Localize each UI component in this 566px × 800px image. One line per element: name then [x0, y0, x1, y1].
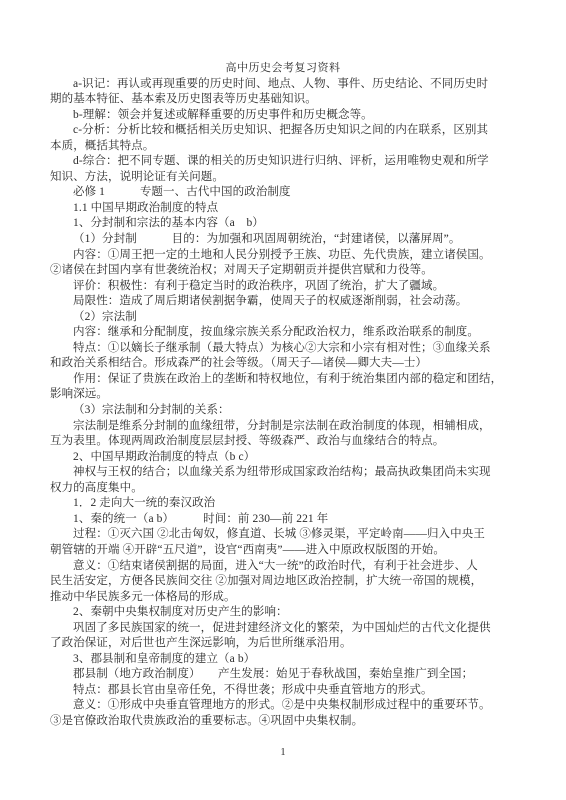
text-line: （3）宗法制和分封制的关系： [50, 403, 516, 419]
text-line: 影响深远。 [50, 387, 516, 403]
text-line: 民生活安定，方便各民族间交往 ②加强对周边地区政治控制，扩大统一帝国的规模， [50, 574, 516, 590]
text-line: 3、郡县制和皇帝制度的建立（a b） [50, 652, 516, 668]
text-line: a-识记：再认或再现重要的历史时间、地点、人物、事件、历史结论、不同历史时 [50, 77, 516, 93]
text-line: 朝管辖的开端 ④开辟“五尺道”，设官“西南夷”——进入中原政权版图的开始。 [50, 543, 516, 559]
text-line: 1、分封制和宗法的基本内容（a b） [50, 216, 516, 232]
text-line: 巩固了多民族国家的统一，促进封建经济文化的繁荣，为中国灿烂的古代文化提供 [50, 621, 516, 637]
text-line: 郡县制（地方政治制度） 产生发展：始见于春秋战国，秦始皇推广到全国； [50, 667, 516, 683]
text-line: 过程：①灭六国 ②北击匈奴，修直道、长城 ③修灵渠，平定岭南——归入中央王 [50, 527, 516, 543]
text-line: 内容：继承和分配制度，按血缘宗族关系分配政治权力，维系政治联系的制度。 [50, 325, 516, 341]
text-line: 2、秦朝中央集权制度对历史产生的影响： [50, 605, 516, 621]
text-line: 特点：郡县长官由皇帝任免，不得世袭；形成中央垂直管地方的形式。 [50, 683, 516, 699]
text-line: 本质，概括其特点。 [50, 139, 516, 155]
text-line: 意义：①结束诸侯割据的局面，进入“大一统”的政治时代，有利于社会进步、人 [50, 559, 516, 575]
document-page: 高中历史会考复习资料 a-识记：再认或再现重要的历史时间、地点、人物、事件、历史… [0, 0, 566, 800]
document-title: 高中历史会考复习资料 [50, 61, 516, 77]
document-content: 高中历史会考复习资料 a-识记：再认或再现重要的历史时间、地点、人物、事件、历史… [50, 61, 516, 730]
text-line: 知识、方法，说明论证有关问题。 [50, 170, 516, 186]
text-line: d-综合：把不同专题、课的相关的历史知识进行归纳、评析，运用唯物史观和所学 [50, 154, 516, 170]
text-line: （1）分封制 目的：为加强和巩固周朝统治，“封建诸侯，以藩屏周”。 [50, 232, 516, 248]
text-line: 内容：①周王把一定的土地和人民分别授予王族、功臣、先代贵族，建立诸侯国。 [50, 248, 516, 264]
text-line: （2）宗法制 [50, 310, 516, 326]
text-line: b-理解：领会并复述或解释重要的历史事件和历史概念等。 [50, 108, 516, 124]
text-line: 神权与王权的结合；以血缘关系为纽带形成国家政治结构；最高执政集团尚未实现 [50, 465, 516, 481]
text-line: 意义：①形成中央垂直管理地方的形式。②是中央集权制形成过程中的重要环节。 [50, 698, 516, 714]
text-line: 必修 1 专题一、古代中国的政治制度 [50, 185, 516, 201]
text-line: 2、中国早期政治制度的特点（b c） [50, 450, 516, 466]
text-line: 局限性：造成了周后期诸侯割据争霸，使周天子的权威逐渐削弱，社会动荡。 [50, 294, 516, 310]
text-line: 1.1 中国早期政治制度的特点 [50, 201, 516, 217]
text-line: 了政治保证，对后世也产生深远影响，为后世所继承沿用。 [50, 636, 516, 652]
document-body: a-识记：再认或再现重要的历史时间、地点、人物、事件、历史结论、不同历史时期的基… [50, 77, 516, 730]
text-line: 推动中华民族多元一体格局的形成。 [50, 590, 516, 606]
text-line: 和政治关系相结合。形成森严的社会等级。（周天子—诸侯—卿大夫—士） [50, 356, 516, 372]
text-line: c-分析：分析比较和概括相关历史知识、把握各历史知识之间的内在联系，区别其 [50, 123, 516, 139]
text-line: ③是官僚政治取代贵族政治的重要标志。④巩固中央集权制。 [50, 714, 516, 730]
text-line: 权力的高度集中。 [50, 481, 516, 497]
text-line: 评价：积极性：有利于稳定当时的政治秩序，巩固了统治，扩大了疆域。 [50, 279, 516, 295]
text-line: 1、秦的统一（a b） 时间：前 230—前 221 年 [50, 512, 516, 528]
text-line: ②诸侯在封国内享有世袭统治权；对周天子定期朝贡并提供宫赋和力役等。 [50, 263, 516, 279]
text-line: 作用：保证了贵族在政治上的垄断和特权地位，有利于统治集团内部的稳定和团结， [50, 372, 516, 388]
text-line: 期的基本特征、基本索及历史图表等历史基础知识。 [50, 92, 516, 108]
text-line: 1．2 走向大一统的秦汉政治 [50, 496, 516, 512]
page-number: 1 [0, 746, 566, 760]
text-line: 特点：①以嫡长子继承制（最大特点）为核心②大宗和小宗有相对性；③血缘关系 [50, 341, 516, 357]
text-line: 互为表里。体现两周政治制度层层封授、等级森严、政治与血缘结合的特点。 [50, 434, 516, 450]
text-line: 宗法制是维系分封制的血缘纽带，分封制是宗法制在政治制度的体现，相辅相成， [50, 419, 516, 435]
